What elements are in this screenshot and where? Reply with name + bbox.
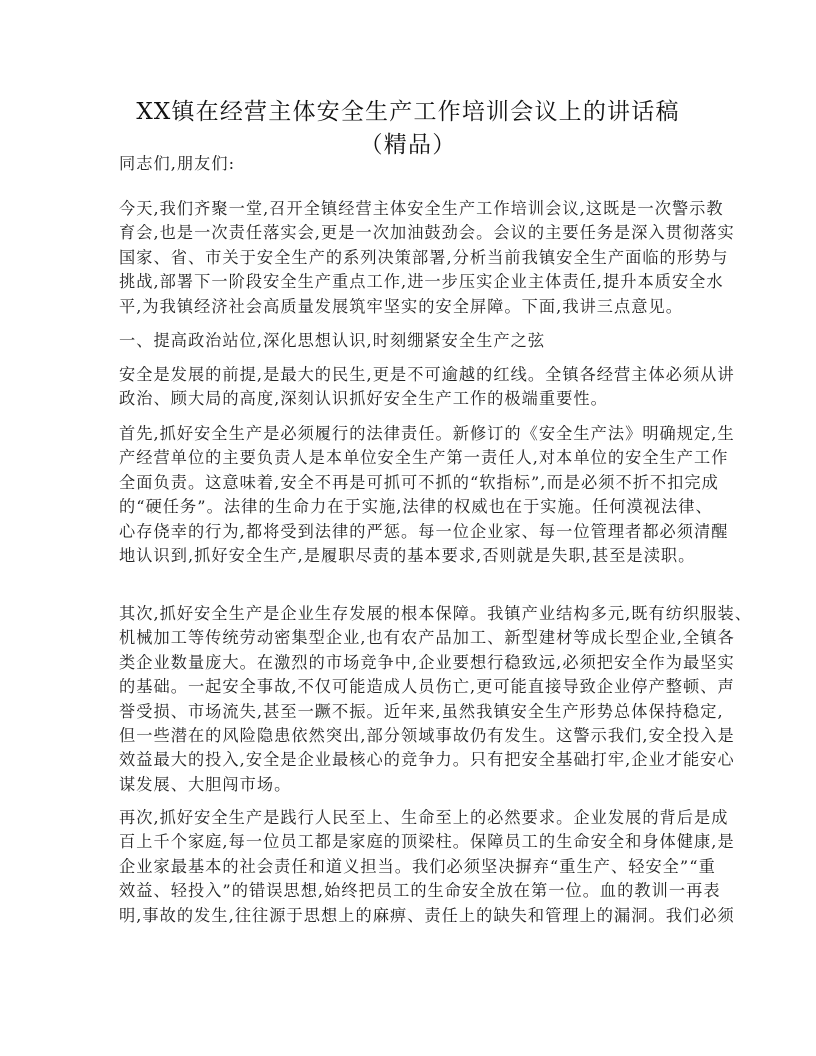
paragraph-line: 心存侥幸的行为,都将受到法律的严惩。每一位企业家、每一位管理者都必须清醒 [119, 520, 709, 544]
greeting: 同志们,朋友们: [119, 152, 709, 176]
paragraph-second: 其次,抓好安全生产是企业生存发展的根本保障。我镇产业结构多元,既有纺织服装、 机… [119, 602, 709, 797]
paragraph-line: 产经营单位的主要负责人是本单位安全生产第一责任人,对本单位的安全生产工作 [119, 446, 709, 470]
paragraph-safety-premise: 安全是发展的前提,是最大的民生,更是不可逾越的红线。全镇各经营主体必须从讲 政治… [119, 363, 709, 412]
paragraph-line: 挑战,部署下一阶段安全生产重点工作,进一步压实企业主体责任,提升本质安全水 [119, 270, 709, 294]
paragraph-line: 的“硬任务”。法律的生命力在于实施,法律的权威也在于实施。任何漠视法律、 [119, 495, 709, 519]
document-title: XX镇在经营主体安全生产工作培训会议上的讲话稿 [0, 96, 816, 129]
paragraph-line: 明,事故的发生,往往源于思想上的麻痹、责任上的缺失和管理上的漏洞。我们必须 [119, 904, 709, 928]
paragraph-intro: 今天,我们齐聚一堂,召开全镇经营主体安全生产工作培训会议,这既是一次警示教 育会… [119, 197, 709, 319]
paragraph-line: 地认识到,抓好安全生产,是履职尽责的基本要求,否则就是失职,甚至是渎职。 [119, 544, 709, 568]
paragraph-line: 百上千个家庭,每一位员工都是家庭的顶梁柱。保障员工的生命安全和身体健康,是 [119, 830, 709, 854]
document-page: XX镇在经营主体安全生产工作培训会议上的讲话稿 （精品） 同志们,朋友们: 今天… [0, 0, 816, 1056]
paragraph-line: 安全是发展的前提,是最大的民生,更是不可逾越的红线。全镇各经营主体必须从讲 [119, 363, 709, 387]
paragraph-line: 谋发展、大胆闯市场。 [119, 773, 709, 797]
paragraph-line: 国家、省、市关于安全生产的系列决策部署,分析当前我镇安全生产面临的形势与 [119, 246, 709, 270]
paragraph-line: 今天,我们齐聚一堂,召开全镇经营主体安全生产工作培训会议,这既是一次警示教 [119, 197, 709, 221]
greeting-line: 同志们,朋友们: [119, 152, 709, 176]
paragraph-line: 首先,抓好安全生产是必须履行的法律责任。新修订的《安全生产法》明确规定,生 [119, 422, 709, 446]
paragraph-third: 再次,抓好安全生产是践行人民至上、生命至上的必然要求。企业发展的背后是成 百上千… [119, 806, 709, 928]
paragraph-line: 再次,抓好安全生产是践行人民至上、生命至上的必然要求。企业发展的背后是成 [119, 806, 709, 830]
paragraph-line: 效益最大的投入,安全是企业最核心的竞争力。只有把安全基础打牢,企业才能安心 [119, 748, 709, 772]
paragraph-first: 首先,抓好安全生产是必须履行的法律责任。新修订的《安全生产法》明确规定,生 产经… [119, 422, 709, 568]
paragraph-line: 效益、轻投入”的错误思想,始终把员工的生命安全放在第一位。血的教训一再表 [119, 879, 709, 903]
paragraph-line: 政治、顾大局的高度,深刻认识抓好安全生产工作的极端重要性。 [119, 387, 709, 411]
paragraph-line: 类企业数量庞大。在激烈的市场竞争中,企业要想行稳致远,必须把安全作为最坚实 [119, 651, 709, 675]
paragraph-line: 誉受损、市场流失,甚至一蹶不振。近年来,虽然我镇安全生产形势总体保持稳定, [119, 700, 709, 724]
paragraph-line: 全面负责。这意味着,安全不再是可抓可不抓的“软指标”,而是必须不折不扣完成 [119, 471, 709, 495]
paragraph-line: 但一些潜在的风险隐患依然突出,部分领域事故仍有发生。这警示我们,安全投入是 [119, 724, 709, 748]
section-heading-1: 一、提高政治站位,深化思想认识,时刻绷紧安全生产之弦 [119, 329, 709, 353]
paragraph-line: 企业家最基本的社会责任和道义担当。我们必须坚决摒弃“重生产、轻安全”“重 [119, 855, 709, 879]
paragraph-line: 平,为我镇经济社会高质量发展筑牢坚实的安全屏障。下面,我讲三点意见。 [119, 295, 709, 319]
paragraph-line: 育会,也是一次责任落实会,更是一次加油鼓劲会。会议的主要任务是深入贯彻落实 [119, 221, 709, 245]
section-heading-line: 一、提高政治站位,深化思想认识,时刻绷紧安全生产之弦 [119, 329, 709, 353]
paragraph-line: 的基础。一起安全事故,不仅可能造成人员伤亡,更可能直接导致企业停产整顿、声 [119, 675, 709, 699]
paragraph-line: 其次,抓好安全生产是企业生存发展的根本保障。我镇产业结构多元,既有纺织服装、 [119, 602, 709, 626]
paragraph-line: 机械加工等传统劳动密集型企业,也有农产品加工、新型建材等成长型企业,全镇各 [119, 626, 709, 650]
